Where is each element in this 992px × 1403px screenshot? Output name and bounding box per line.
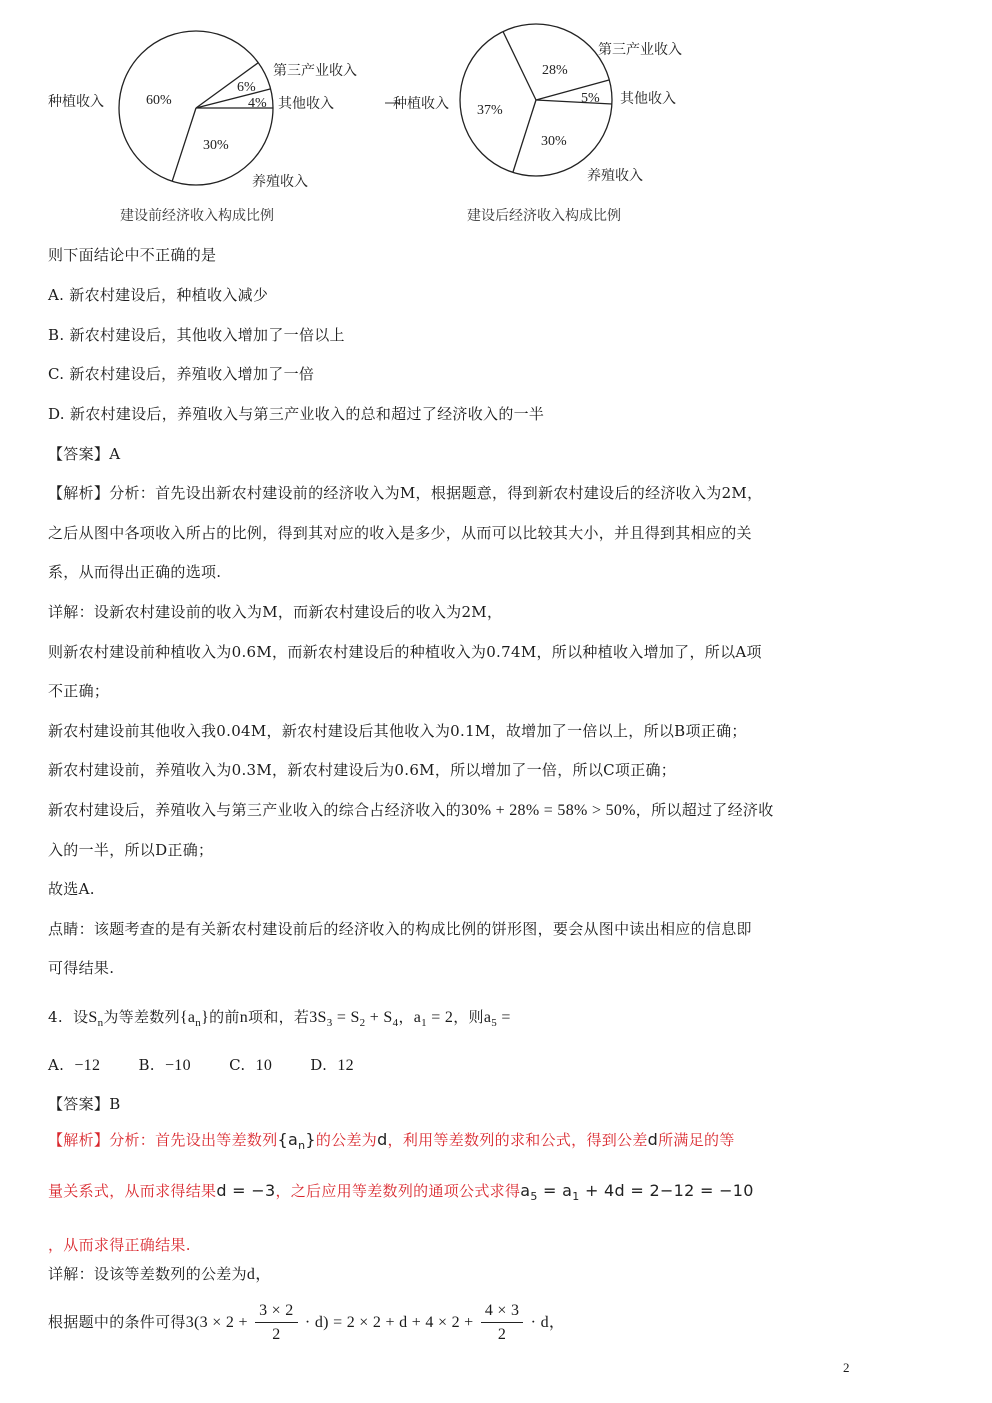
q4-option-a: A. −12 (48, 1056, 100, 1074)
q4-analysis-line-2: 量关系式，从而求得结果d = −3，之后应用等差数列的通项公式求得a5 = a1… (48, 1181, 754, 1201)
q4-option-c: C. 10 (229, 1056, 272, 1074)
fraction-2: 4 × 32 (481, 1302, 524, 1344)
q4-math-condition: 3S3 = S2 + S4 (309, 1009, 398, 1026)
pie-before-label-tertiary: 第三产业收入 (273, 62, 357, 79)
q4-detail-line-1: 详解：设该等差数列的公差为d， (48, 1264, 272, 1285)
q3-analysis-line-2: 之后从图中各项收入所占的比例，得到其对应的收入是多少，从而可以比较其大小，并且得… (48, 523, 752, 543)
pie-before-pct-breeding: 30% (203, 138, 229, 153)
q4-math-an: {an} (180, 1009, 209, 1026)
q4-number: 4. (48, 1008, 63, 1026)
pie-before-label-breeding: 养殖收入 (252, 173, 308, 190)
q3-detail-line-5: 新农村建设前，养殖收入为0.3M，新农村建设后为0.6M，所以增加了一倍，所以C… (48, 760, 676, 780)
pie-after-pct-planting: 37% (477, 103, 503, 118)
pie-after-pct-breeding: 30% (541, 134, 567, 149)
pie-before-label-planting: 种植收入 (48, 93, 104, 110)
q4-math-n: n (240, 1009, 248, 1026)
q3-detail-line-7: 入的一半，所以D正确； (48, 840, 213, 860)
q3-option-d: D. 新农村建设后，养殖收入与第三产业收入的总和超过了经济收入的一半 (48, 404, 544, 424)
q3-detail-d-math: 30% + 28% = 58% > 50% (461, 802, 636, 819)
pie-after-pct-other: 5% (581, 91, 600, 106)
q4-stem-text-2: 为等差数列 (103, 1008, 180, 1026)
pie-after-label-tertiary: 第三产业收入 (598, 41, 682, 58)
q3-detail-line-4: 新农村建设前其他收入我0.04M，新农村建设后其他收入为0.1M，故增加了一倍以… (48, 721, 747, 741)
q3-analysis-line-3: 系，从而得出正确的选项. (48, 562, 221, 582)
q3-analysis-line-1: 【解析】分析：首先设出新农村建设前的经济收入为M，根据题意，得到新农村建设后的经… (48, 483, 762, 503)
q3-answer: 【答案】A (48, 444, 120, 464)
q4-stem: 4. 设Sn为等差数列{an}的前n项和，若3S3 = S2 + S4，a1 =… (48, 1007, 511, 1028)
q3-detail-d-suffix: ，所以超过了经济收 (636, 801, 774, 819)
q3-comment-line-1: 点睛：该题考查的是有关新农村建设前后的经济收入的构成比例的饼形图，要会从图中读出… (48, 919, 752, 939)
q4-analysis-line-3: ，从而求得正确结果. (48, 1235, 191, 1255)
pie-charts-svg: 60% 6% 4% 30% 种植收入 第三产业收入 其他收入 养殖收入 建设前经… (0, 0, 992, 235)
q3-comment-line-2: 可得结果. (48, 958, 114, 978)
q3-conclusion: 故选A. (48, 879, 95, 899)
pie-before-pct-other: 4% (248, 96, 267, 111)
q3-detail-line-3: 不正确； (48, 681, 109, 701)
pie-after-label-breeding: 养殖收入 (587, 167, 643, 184)
q3-option-b: B. 新农村建设后，其他收入增加了一倍以上 (48, 325, 345, 345)
q3-option-a: A. 新农村建设后，种植收入减少 (48, 285, 268, 305)
q4-equation: 3(3 × 2 + 3 × 22 · d) = 2 × 2 + d + 4 × … (186, 1314, 565, 1331)
q3-detail-line-1: 详解：设新农村建设前的收入为M，而新农村建设后的收入为2M， (48, 602, 502, 622)
q4-math-Sn: Sn (88, 1009, 103, 1026)
q3-detail-line-6: 新农村建设后，养殖收入与第三产业收入的综合占经济收入的30% + 28% = 5… (48, 800, 774, 821)
q4-stem-text-3: 的前 (209, 1008, 240, 1026)
q4-analysis-formula: a5 = a1 + 4d = 2−12 = −10 (520, 1181, 754, 1200)
q3-detail-d-prefix: 新农村建设后，养殖收入与第三产业收入的综合占经济收入的 (48, 801, 461, 819)
pie-after-pct-tertiary: 28% (542, 63, 568, 78)
pie-after-label-planting: 种植收入 (393, 95, 449, 112)
page-number: 2 (843, 1360, 850, 1376)
q4-option-b: B. −10 (138, 1056, 190, 1074)
q3-option-c: C. 新农村建设后，养殖收入增加了一倍 (48, 364, 314, 384)
q4-detail-line-2: 根据题中的条件可得3(3 × 2 + 3 × 22 · d) = 2 × 2 +… (48, 1300, 565, 1345)
fraction-1: 3 × 22 (255, 1302, 298, 1344)
q4-stem-text-1: 设 (73, 1008, 88, 1026)
q4-analysis-seq: {an} (278, 1130, 316, 1149)
q3-stem: 则下面结论中不正确的是 (48, 245, 216, 265)
pie-before-caption: 建设前经济收入构成比例 (120, 207, 274, 224)
q4-answer: 【答案】B (48, 1094, 121, 1114)
pie-before-pct-planting: 60% (146, 93, 172, 108)
pie-before-label-other: 其他收入 (278, 95, 334, 112)
q4-option-d: D. 12 (310, 1056, 354, 1074)
q4-math-a1: a1 = 2 (414, 1009, 453, 1026)
pie-after-label-other: 其他收入 (620, 90, 676, 107)
pie-after-caption: 建设后经济收入构成比例 (467, 207, 621, 224)
pie-chart-figure: 60% 6% 4% 30% 种植收入 第三产业收入 其他收入 养殖收入 建设前经… (0, 0, 992, 235)
q4-stem-text-4: 项和，若 (248, 1008, 309, 1026)
q4-options: A. −12 B. −10 C. 10 D. 12 (48, 1055, 354, 1076)
pie-before-pct-tertiary: 6% (237, 80, 256, 95)
q4-math-a5: a5 = (484, 1009, 511, 1026)
q3-detail-line-2: 则新农村建设前种植收入为0.6M，而新农村建设后的种植收入为0.74M，所以种植… (48, 642, 762, 662)
q4-analysis-line-1: 【解析】分析：首先设出等差数列{an}的公差为d，利用等差数列的求和公式，得到公… (48, 1130, 735, 1150)
